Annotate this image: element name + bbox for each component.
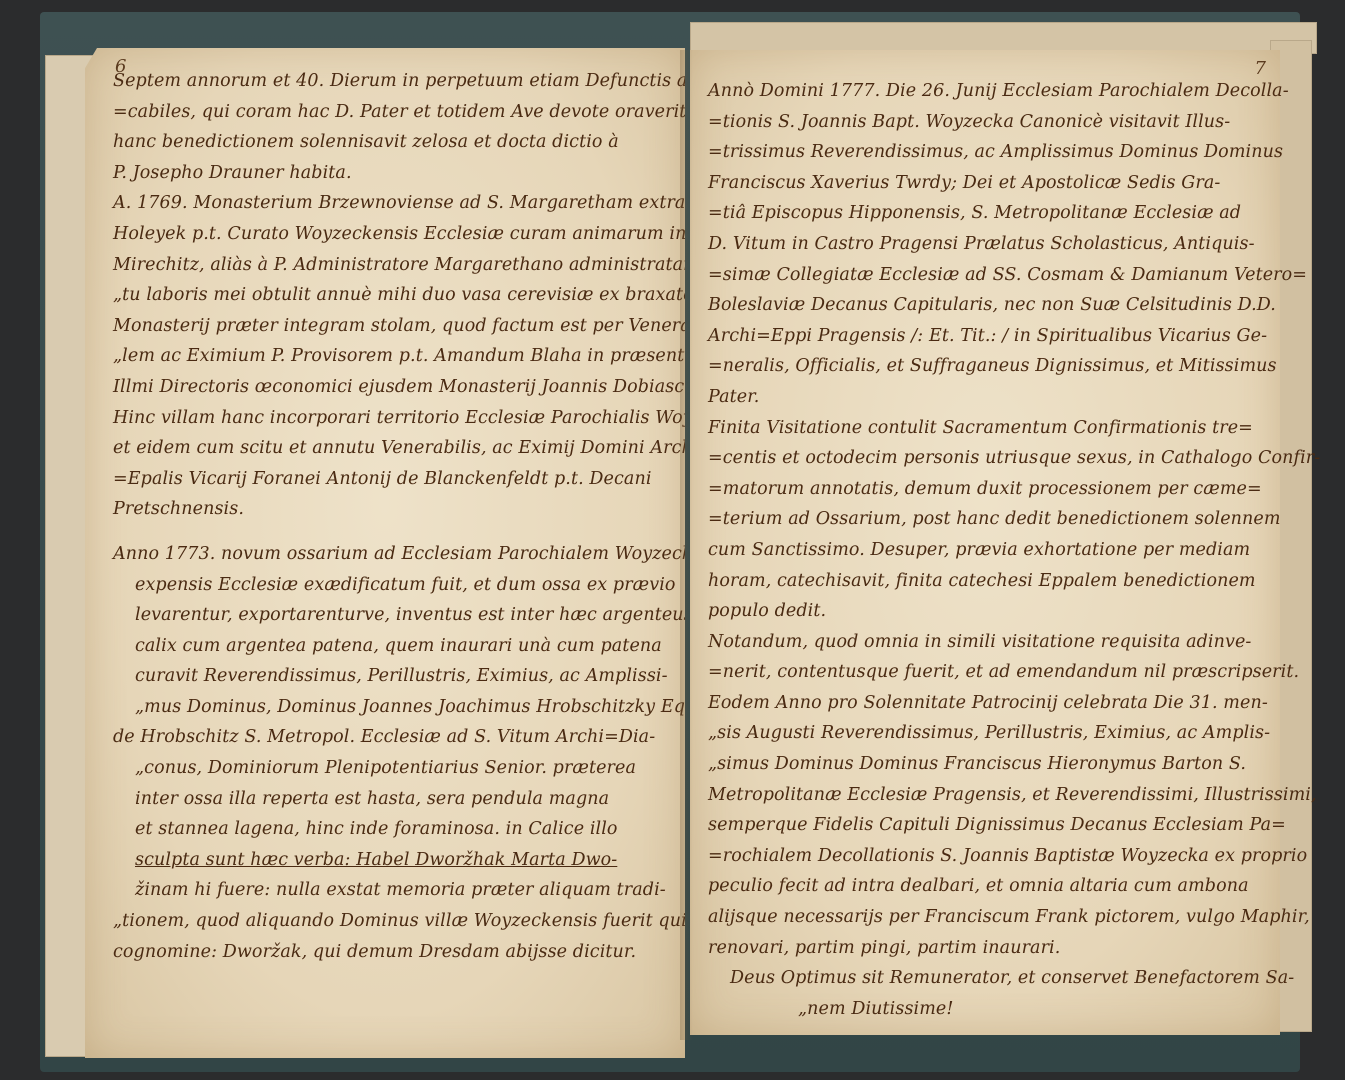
text-line: „lem ac Eximium P. Provisorem p.t. Amand… xyxy=(113,341,688,372)
text-line: „conus, Dominiorum Plenipotentiarius Sen… xyxy=(113,753,688,784)
text-line: Monasterij præter integram stolam, quod … xyxy=(113,311,688,342)
text-line: de Hrobschitz S. Metropol. Ecclesiæ ad S… xyxy=(113,722,688,753)
text-line: =trissimus Reverendissimus, ac Amplissim… xyxy=(708,137,1268,168)
text-line: D. Vitum in Castro Pragensi Prælatus Sch… xyxy=(708,229,1268,260)
text-line: hanc benedictionem solennisavit zelosa e… xyxy=(113,127,688,158)
text-line: Holeyek p.t. Curato Woyzeckensis Ecclesi… xyxy=(113,219,688,250)
text-line: P. Josepho Drauner habita. xyxy=(113,158,688,189)
text-line: =simæ Collegiatæ Ecclesiæ ad SS. Cosmam … xyxy=(708,260,1268,291)
text-line: „sis Augusti Reverendissimus, Perillustr… xyxy=(708,718,1268,749)
text-line: Metropolitanæ Ecclesiæ Pragensis, et Rev… xyxy=(708,780,1268,811)
text-line: Pretschnensis. xyxy=(113,494,688,525)
closing-line: Deus Optimus sit Remunerator, et conserv… xyxy=(708,963,1268,994)
text-line: =cabiles, qui coram hac D. Pater et toti… xyxy=(113,97,688,128)
text-line: =rochialem Decollationis S. Joannis Bapt… xyxy=(708,841,1268,872)
text-line: peculio fecit ad intra dealbari, et omni… xyxy=(708,871,1268,902)
text-line: calix cum argentea patena, quem inaurari… xyxy=(113,631,688,662)
text-line: „tionem, quod aliquando Dominus villæ Wo… xyxy=(113,906,688,937)
text-line: =tionis S. Joannis Bapt. Woyzecka Canoni… xyxy=(708,107,1268,138)
text-line: et stannea lagena, hinc inde foraminosa.… xyxy=(113,814,688,845)
text-line: alijsque necessarijs per Franciscum Fran… xyxy=(708,902,1268,933)
text-line: Mirechitz, aliàs à P. Administratore Mar… xyxy=(113,250,688,281)
closing-line: „nem Diutissime! xyxy=(708,994,1268,1025)
text-line: Boleslaviæ Decanus Capitularis, nec non … xyxy=(708,290,1268,321)
text-line: expensis Ecclesiæ exædificatum fuit, et … xyxy=(113,570,688,601)
right-page: 7 Annò Domini 1777. Die 26. Junij Eccles… xyxy=(690,50,1280,1035)
text-line: =neralis, Officialis, et Suffraganeus Di… xyxy=(708,351,1268,382)
text-line: =tiâ Episcopus Hipponensis, S. Metropoli… xyxy=(708,198,1268,229)
text-line: cognomine: Dworžak, qui demum Dresdam ab… xyxy=(113,937,688,968)
text-line: =centis et octodecim personis utriusque … xyxy=(708,443,1268,474)
text-line: Finita Visitatione contulit Sacramentum … xyxy=(708,413,1268,444)
text-line: populo dedit. xyxy=(708,596,1268,627)
text-line: semperque Fidelis Capituli Dignissimus D… xyxy=(708,810,1268,841)
text-line: inter ossa illa reperta est hasta, sera … xyxy=(113,784,688,815)
text-line: Archi=Eppi Pragensis /: Et. Tit.: / in S… xyxy=(708,321,1268,352)
text-line: cum Sanctissimo. Desuper, prævia exhorta… xyxy=(708,535,1268,566)
text-line: =terium ad Ossarium, post hanc dedit ben… xyxy=(708,504,1268,535)
left-page-text: Septem annorum et 40. Dierum in perpetuu… xyxy=(113,66,688,967)
text-line: žinam hi fuere: nulla exstat memoria præ… xyxy=(113,875,688,906)
left-page: 6 Septem annorum et 40. Dierum in perpet… xyxy=(85,48,685,1058)
text-line: Septem annorum et 40. Dierum in perpetuu… xyxy=(113,66,688,97)
text-line: curavit Reverendissimus, Perillustris, E… xyxy=(113,661,688,692)
right-page-text: Annò Domini 1777. Die 26. Junij Ecclesia… xyxy=(708,76,1268,1024)
text-line: Notandum, quod omnia in simili visitatio… xyxy=(708,627,1268,658)
text-line: Illmi Directoris œconomici ejusdem Monas… xyxy=(113,372,688,403)
text-line: =Epalis Vicarij Foranei Antonij de Blanc… xyxy=(113,464,688,495)
text-line: Pater. xyxy=(708,382,1268,413)
text-line: levarentur, exportarenturve, inventus es… xyxy=(113,600,688,631)
entry-1777-line: Annò Domini 1777. Die 26. Junij Ecclesia… xyxy=(708,76,1268,107)
text-line: Eodem Anno pro Solennitate Patrocinij ce… xyxy=(708,688,1268,719)
entry-1773-line: Anno 1773. novum ossarium ad Ecclesiam P… xyxy=(113,539,688,570)
text-line: „tu laboris mei obtulit annuè mihi duo v… xyxy=(113,280,688,311)
book-gutter xyxy=(680,50,698,1040)
text-line: „mus Dominus, Dominus Joannes Joachimus … xyxy=(113,692,688,723)
text-line: et eidem cum scitu et annutu Venerabilis… xyxy=(113,433,688,464)
text-line: renovari, partim pingi, partim inaurari. xyxy=(708,933,1268,964)
text-line: „simus Dominus Dominus Franciscus Hieron… xyxy=(708,749,1268,780)
text-line: =nerit, contentusque fuerit, et ad emend… xyxy=(708,657,1268,688)
text-line-underlined: sculpta sunt hæc verba: Habel Dworžhak M… xyxy=(113,845,688,876)
text-line: horam, catechisavit, finita catechesi Ep… xyxy=(708,566,1268,597)
text-line: Hinc villam hanc incorporari territorio … xyxy=(113,403,688,434)
text-line: =matorum annotatis, demum duxit processi… xyxy=(708,474,1268,505)
text-line: Franciscus Xaverius Twrdy; Dei et Aposto… xyxy=(708,168,1268,199)
entry-1769-line: A. 1769. Monasterium Brzewnoviense ad S.… xyxy=(113,188,688,219)
